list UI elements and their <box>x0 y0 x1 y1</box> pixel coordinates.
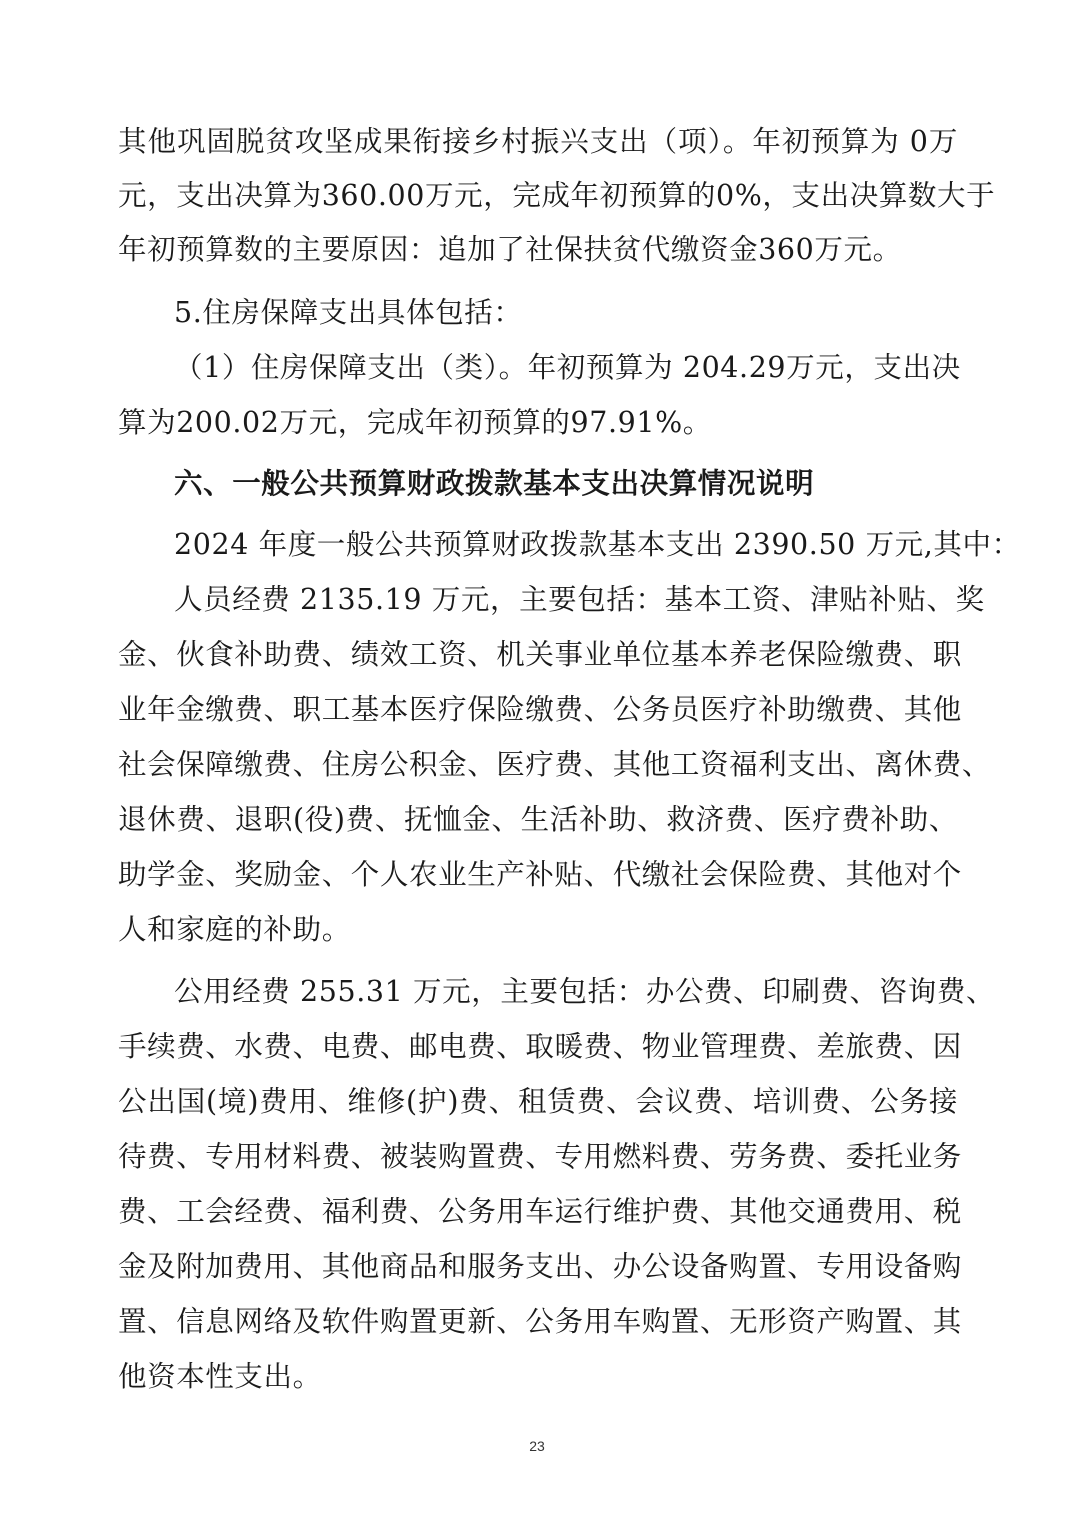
paragraph-line: 其他巩固脱贫攻坚成果衔接乡村振兴支出（项）。年初预算为 0万 <box>118 122 958 162</box>
paragraph-line: 金、伙食补助费、绩效工资、机关事业单位基本养老保险缴费、职 <box>118 635 958 675</box>
paragraph-line: 业年金缴费、职工基本医疗保险缴费、公务员医疗补助缴费、其他 <box>118 690 958 730</box>
paragraph-line: 算为200.02万元，完成年初预算的97.91%。 <box>118 403 712 443</box>
paragraph-line: 社会保障缴费、住房公积金、医疗费、其他工资福利支出、离休费、 <box>118 745 958 785</box>
paragraph-line: 退休费、退职(役)费、抚恤金、生活补助、救济费、医疗费补助、 <box>118 800 958 840</box>
paragraph-line: 费、工会经费、福利费、公务用车运行维护费、其他交通费用、税 <box>118 1192 958 1232</box>
paragraph-line: 人和家庭的补助。 <box>118 910 351 950</box>
paragraph-line: （1）住房保障支出（类）。年初预算为 204.29万元，支出决 <box>174 348 961 388</box>
paragraph-line: 年初预算数的主要原因：追加了社保扶贫代缴资金360万元。 <box>118 230 902 270</box>
paragraph-line: 金及附加费用、其他商品和服务支出、办公设备购置、专用设备购 <box>118 1247 958 1287</box>
paragraph-line: 他资本性支出。 <box>118 1357 322 1397</box>
paragraph-line: 人员经费 2135.19 万元，主要包括：基本工资、津贴补贴、奖 <box>174 580 985 620</box>
paragraph-line: 元，支出决算为360.00万元，完成年初预算的0%，支出决算数大于 <box>118 176 958 216</box>
section-heading: 六、一般公共预算财政拨款基本支出决算情况说明 <box>174 464 814 504</box>
paragraph-line: 2024 年度一般公共预算财政拨款基本支出 2390.50 万元,其中： <box>174 525 1021 565</box>
paragraph-line: 助学金、奖励金、个人农业生产补贴、代缴社会保险费、其他对个 <box>118 855 958 895</box>
paragraph-line: 待费、专用材料费、被装购置费、专用燃料费、劳务费、委托业务 <box>118 1137 958 1177</box>
paragraph-line: 公用经费 255.31 万元，主要包括：办公费、印刷费、咨询费、 <box>174 972 995 1012</box>
paragraph-line: 公出国(境)费用、维修(护)费、租赁费、会议费、培训费、公务接 <box>118 1082 958 1122</box>
subsection-title: 5.住房保障支出具体包括： <box>174 293 523 333</box>
page-number: 23 <box>0 1438 1074 1454</box>
paragraph-line: 手续费、水费、电费、邮电费、取暖费、物业管理费、差旅费、因 <box>118 1027 958 1067</box>
paragraph-line: 置、信息网络及软件购置更新、公务用车购置、无形资产购置、其 <box>118 1302 958 1342</box>
